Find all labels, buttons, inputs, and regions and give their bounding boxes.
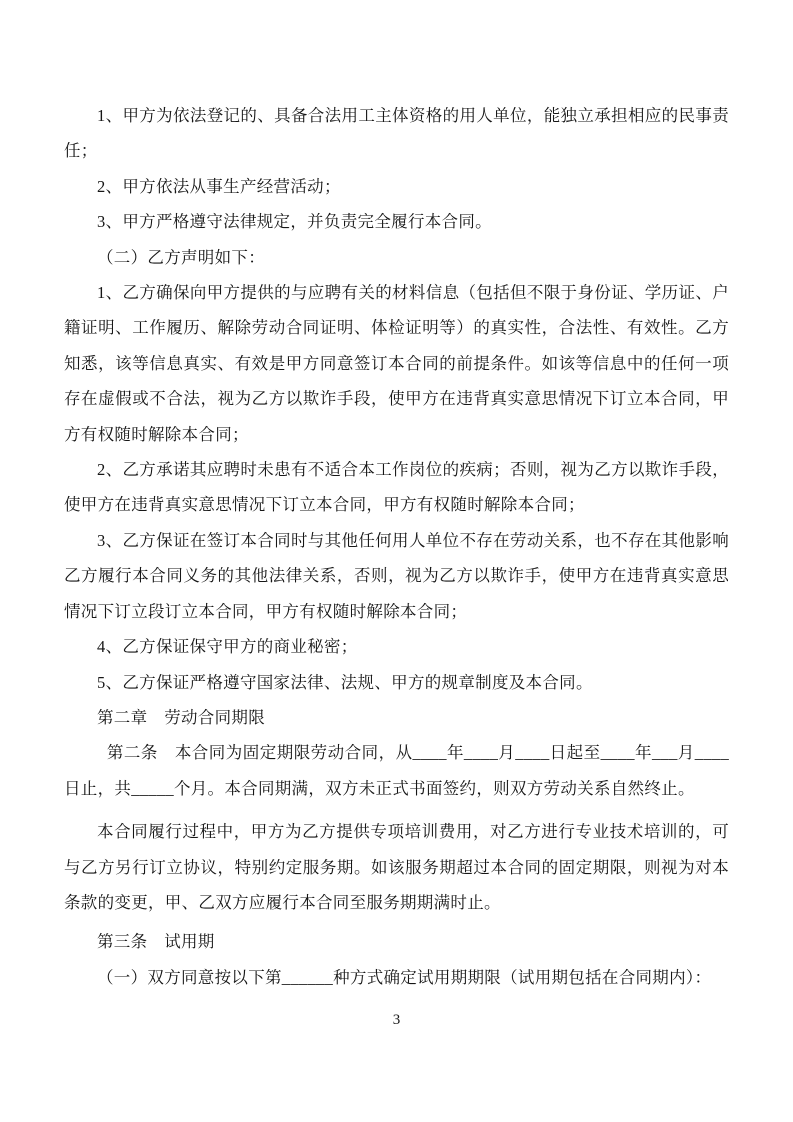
article-3-heading: 第三条 试用期 xyxy=(64,924,729,959)
probation-method-clause: （一）双方同意按以下第______种方式确定试用期期限（试用期包括在合同期内）： xyxy=(64,960,729,995)
clause-party-b-3: 3、乙方保证在签订本合同时与其他任何用人单位不存在劳动关系，也不存在其他影响乙方… xyxy=(64,523,729,629)
party-b-declaration-heading: （二）乙方声明如下： xyxy=(64,240,729,275)
clause-party-a-1: 1、甲方为依法登记的、具备合法用工主体资格的用人单位，能独立承担相应的民事责任； xyxy=(64,98,729,169)
document-body: 1、甲方为依法登记的、具备合法用工主体资格的用人单位，能独立承担相应的民事责任；… xyxy=(64,98,729,995)
clause-party-b-5: 5、乙方保证严格遵守国家法律、法规、甲方的规章制度及本合同。 xyxy=(64,665,729,700)
contract-document-page: 1、甲方为依法登记的、具备合法用工主体资格的用人单位，能独立承担相应的民事责任；… xyxy=(0,0,793,1122)
page-number: 3 xyxy=(0,1008,793,1032)
clause-party-b-4: 4、乙方保证保守甲方的商业秘密； xyxy=(64,629,729,664)
clause-party-b-2: 2、乙方承诺其应聘时未患有不适合本工作岗位的疾病；否则，视为乙方以欺诈手段，使甲… xyxy=(64,452,729,523)
clause-party-a-2: 2、甲方依法从事生产经营活动； xyxy=(64,169,729,204)
article-2-fixed-term-clause: 第二条 本合同为固定期限劳动合同，从____年____月____日起至____年… xyxy=(64,735,729,806)
chapter-2-heading: 第二章 劳动合同期限 xyxy=(64,700,729,735)
clause-party-b-1: 1、乙方确保向甲方提供的与应聘有关的材料信息（包括但不限于身份证、学历证、户籍证… xyxy=(64,275,729,452)
training-service-period-clause: 本合同履行过程中，甲方为乙方提供专项培训费用，对乙方进行专业技术培训的，可与乙方… xyxy=(64,814,729,920)
clause-party-a-3: 3、甲方严格遵守法律规定，并负责完全履行本合同。 xyxy=(64,204,729,239)
